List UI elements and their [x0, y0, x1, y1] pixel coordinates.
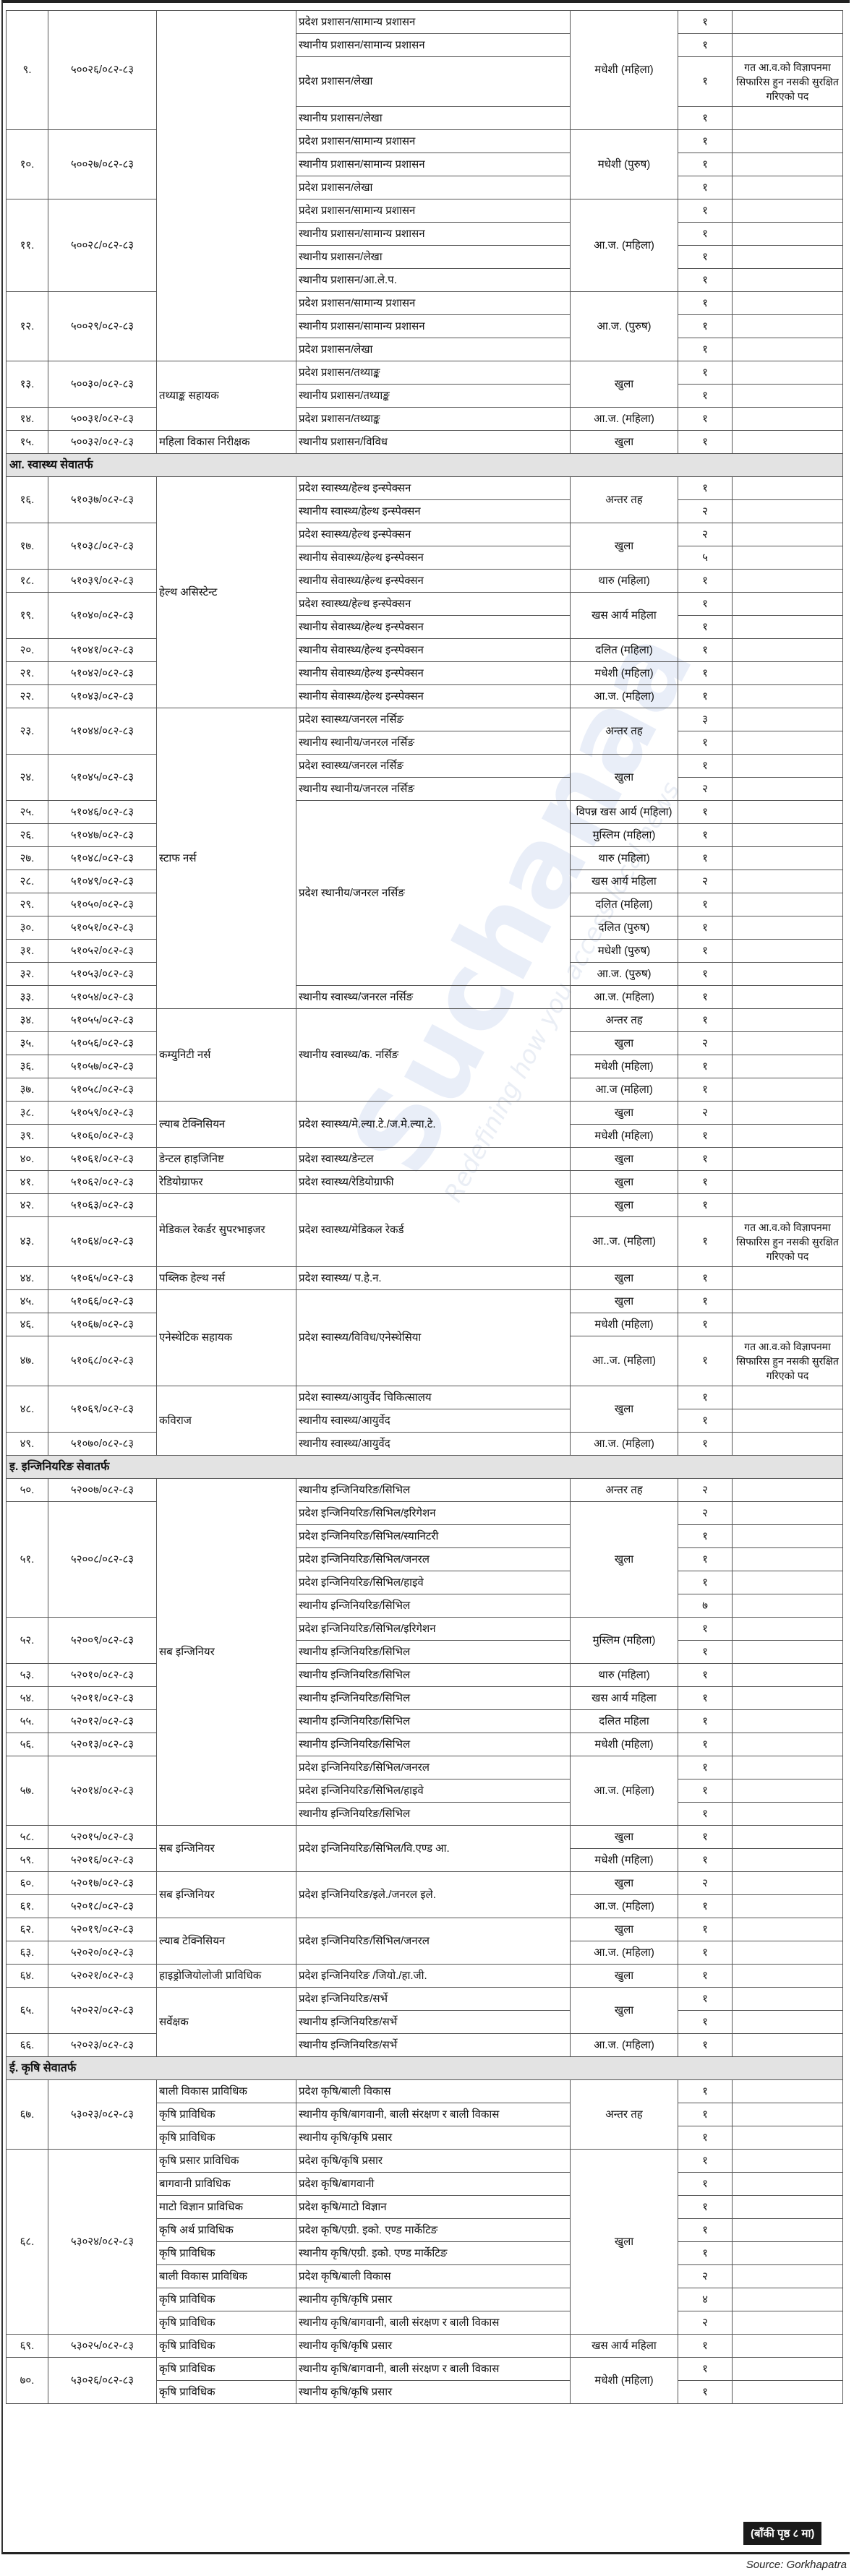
- vacancy-count: १: [678, 2034, 733, 2057]
- service-group: स्थानीय प्रशासन/सामान्य प्रशासन: [296, 315, 571, 338]
- vacancy-count: १: [678, 847, 733, 870]
- table-row: १०.५००२७/०८२-८३प्रदेश प्रशासन/सामान्य प्…: [7, 130, 843, 153]
- quota-category: आ.ज. (महिला): [571, 408, 678, 431]
- post-name: तथ्याङ्क सहायक: [157, 361, 296, 431]
- vacancy-count: १: [678, 57, 733, 107]
- vacancy-count: १: [678, 1290, 733, 1313]
- quota-category: खस आर्य महिला: [571, 2335, 678, 2358]
- vacancy-count: १: [678, 130, 733, 153]
- section-title: ई. कृषि सेवातर्फ: [7, 2057, 843, 2080]
- vacancy-count: १: [678, 2381, 733, 2404]
- serial-number: ३९.: [7, 1125, 48, 1148]
- service-group: स्थानीय इन्जिनियरिङ/सिभिल: [296, 1594, 571, 1618]
- remarks: [733, 1756, 843, 1779]
- vacancy-count: १: [678, 107, 733, 130]
- table-row: ४४.५१०६५/०८२-८३पब्लिक हेल्थ नर्सप्रदेश स…: [7, 1267, 843, 1290]
- table-row: १७.५१०३८/०८२-८३प्रदेश स्वास्थ्य/हेल्थ इन…: [7, 523, 843, 546]
- service-group: स्थानीय स्वास्थ्य/जनरल नर्सिङ: [296, 986, 571, 1009]
- table-row: ४९.५१०७०/०८२-८३स्थानीय स्वास्थ्य/आयुर्वे…: [7, 1433, 843, 1456]
- serial-number: २१.: [7, 662, 48, 685]
- serial-number: ६९.: [7, 2335, 48, 2358]
- service-group: प्रदेश इन्जिनियरिङ/सिभिल/जनरल: [296, 1756, 571, 1779]
- service-group: स्थानीय प्रशासन/तथ्याङ्क: [296, 385, 571, 408]
- post-name: कृषि प्राविधिक: [157, 2311, 296, 2335]
- serial-number: ६५.: [7, 1988, 48, 2034]
- service-group: स्थानीय स्वास्थ्य/हेल्थ इन्स्पेक्सन: [296, 500, 571, 523]
- vacancy-count: १: [678, 1433, 733, 1456]
- table-row: ७०.५३०२६/०८२-८३कृषि प्राविधिकस्थानीय कृष…: [7, 2358, 843, 2381]
- service-group: स्थानीय प्रशासन/विविध: [296, 431, 571, 454]
- vacancy-count: ३: [678, 708, 733, 731]
- post-name: कृषि प्राविधिक: [157, 2242, 296, 2265]
- service-group: स्थानीय इन्जिनियरिङ/सर्भे: [296, 2011, 571, 2034]
- advertisement-code: ५१०४६/०८२-८३: [48, 801, 157, 824]
- advertisement-code: ५१०४२/०८२-८३: [48, 662, 157, 685]
- table-row: २३.५१०४४/०८२-८३स्टाफ नर्सप्रदेश स्वास्थ्…: [7, 708, 843, 731]
- quota-category: खुला: [571, 1965, 678, 1988]
- remarks: [733, 731, 843, 755]
- vacancy-count: १: [678, 2080, 733, 2103]
- serial-number: ३२.: [7, 963, 48, 986]
- quota-category: मधेशी (महिला): [571, 1125, 678, 1148]
- serial-number: ६१.: [7, 1895, 48, 1918]
- quota-category: मधेशी (पुरुष): [571, 940, 678, 963]
- serial-number: ५१.: [7, 1502, 48, 1618]
- vacancy-count: १: [678, 2126, 733, 2150]
- quota-category: मधेशी (महिला): [571, 1733, 678, 1756]
- advertisement-code: ५२०१७/०८२-८३: [48, 1872, 157, 1895]
- service-group: स्थानीय स्थानीय/जनरल नर्सिङ: [296, 731, 571, 755]
- table-row: ६८.५३०२४/०८२-८३कृषि प्रसार प्राविधिकप्रद…: [7, 2150, 843, 2173]
- post-name: कृषि प्रसार प्राविधिक: [157, 2150, 296, 2173]
- continuation-note: (बाँकी पृष्ठ ८ मा): [743, 2522, 821, 2545]
- serial-number: ४७.: [7, 1336, 48, 1386]
- advertisement-code: ५१०६३/०८२-८३: [48, 1194, 157, 1217]
- quota-category: मधेशी (महिला): [571, 662, 678, 685]
- service-group: प्रदेश इन्जिनियरिङ/सिभिल/वि.एण्ड आ.: [296, 1826, 571, 1872]
- advertisement-code: ५३०२५/०८२-८३: [48, 2335, 157, 2358]
- post-name: सब इन्जिनियर: [157, 1479, 296, 1826]
- remarks: [733, 755, 843, 778]
- remarks: [733, 1313, 843, 1336]
- advertisement-code: ५१०४७/०८२-८३: [48, 824, 157, 847]
- advertisement-code: ५३०२६/०८२-८३: [48, 2358, 157, 2404]
- quota-category: खस आर्य महिला: [571, 870, 678, 893]
- service-group: प्रदेश स्थानीय/जनरल नर्सिङ: [296, 801, 571, 986]
- serial-number: २४.: [7, 755, 48, 801]
- serial-number: ३६.: [7, 1055, 48, 1078]
- remarks: [733, 361, 843, 385]
- table-row: ३४.५१०५५/०८२-८३कम्युनिटी नर्सस्थानीय स्व…: [7, 1009, 843, 1032]
- serial-number: ६२.: [7, 1918, 48, 1941]
- advertisement-code: ५२००९/०८२-८३: [48, 1618, 157, 1664]
- remarks: [733, 824, 843, 847]
- advertisement-code: ५२०१२/०८२-८३: [48, 1710, 157, 1733]
- service-group: स्थानीय प्रशासन/लेखा: [296, 246, 571, 269]
- quota-category: आ.ज. (पुरुष): [571, 292, 678, 361]
- vacancy-count: १: [678, 2242, 733, 2265]
- quota-category: अन्तर तह: [571, 708, 678, 755]
- serial-number: ५७.: [7, 1756, 48, 1826]
- remarks: [733, 1618, 843, 1641]
- remarks: [733, 1409, 843, 1433]
- remarks: [733, 1779, 843, 1803]
- serial-number: १७.: [7, 523, 48, 570]
- service-group: प्रदेश प्रशासन/लेखा: [296, 57, 571, 107]
- post-name: स्टाफ नर्स: [157, 708, 296, 1009]
- table-row: १९.५१०४०/०८२-८३प्रदेश स्वास्थ्य/हेल्थ इन…: [7, 593, 843, 616]
- table-row: ३८.५१०५९/०८२-८३ल्याब टेक्निसियनप्रदेश स्…: [7, 1102, 843, 1125]
- service-group: प्रदेश स्वास्थ्य/आयुर्वेद चिकित्सालय: [296, 1386, 571, 1409]
- remarks: [733, 176, 843, 199]
- remarks: [733, 338, 843, 361]
- remarks: [733, 1918, 843, 1941]
- post-name: सब इन्जिनियर: [157, 1826, 296, 1872]
- remarks: [733, 986, 843, 1009]
- quota-category: दलित (पुरुष): [571, 916, 678, 940]
- remarks: [733, 662, 843, 685]
- service-group: प्रदेश इन्जिनियरिङ/सिभिल/इरिगेशन: [296, 1502, 571, 1525]
- quota-category: आ..ज. (महिला): [571, 1217, 678, 1267]
- table-row: ६४.५२०२१/०८२-८३हाइड्रोजियोलोजी प्राविधिक…: [7, 1965, 843, 1988]
- advertisement-code: ५३०२३/०८२-८३: [48, 2080, 157, 2150]
- remarks: [733, 2034, 843, 2057]
- quota-category: खुला: [571, 1826, 678, 1849]
- post-name: ल्याब टेक्निसियन: [157, 1102, 296, 1148]
- service-group: प्रदेश स्वास्थ्य/डेन्टल: [296, 1148, 571, 1171]
- quota-category: खुला: [571, 361, 678, 408]
- vacancy-count: १: [678, 431, 733, 454]
- post-name: महिला विकास निरीक्षक: [157, 431, 296, 454]
- quota-category: मधेशी (पुरुष): [571, 130, 678, 199]
- service-group: प्रदेश इन्जिनियरिङ/सिभिल/इरिगेशन: [296, 1618, 571, 1641]
- service-group: प्रदेश प्रशासन/तथ्याङ्क: [296, 361, 571, 385]
- quota-category: खुला: [571, 1918, 678, 1941]
- remarks: [733, 1525, 843, 1548]
- post-name: बाली विकास प्राविधिक: [157, 2265, 296, 2288]
- vacancy-table: ९.५००२६/०८२-८३प्रदेश प्रशासन/सामान्य प्र…: [6, 10, 843, 2404]
- vacancy-count: ५: [678, 546, 733, 570]
- serial-number: ५२.: [7, 1618, 48, 1664]
- remarks: [733, 153, 843, 176]
- vacancy-count: २: [678, 778, 733, 801]
- vacancy-count: १: [678, 1148, 733, 1171]
- quota-category: आ.ज. (महिला): [571, 1756, 678, 1826]
- vacancy-count: १: [678, 1826, 733, 1849]
- service-group: प्रदेश इन्जिनियरिङ/सर्भे: [296, 1988, 571, 2011]
- remarks: [733, 1941, 843, 1965]
- service-group: स्थानीय सेवास्थ्य/हेल्थ इन्स्पेक्सन: [296, 685, 571, 708]
- serial-number: १५.: [7, 431, 48, 454]
- table-row: ५३.५२०१०/०८२-८३स्थानीय इन्जिनियरिङ/सिभिल…: [7, 1664, 843, 1687]
- vacancy-count: १: [678, 477, 733, 500]
- table-row: १४.५००३१/०८२-८३प्रदेश प्रशासन/तथ्याङ्कआ.…: [7, 408, 843, 431]
- vacancy-count: १: [678, 1386, 733, 1409]
- quota-category: मधेशी (महिला): [571, 11, 678, 130]
- serial-number: ४०.: [7, 1148, 48, 1171]
- advertisement-code: ५१०३७/०८२-८३: [48, 477, 157, 523]
- quota-category: खुला: [571, 1032, 678, 1055]
- quota-category: दलित (महिला): [571, 893, 678, 916]
- service-group: प्रदेश इन्जिनियरिङ/इले./जनरल इले.: [296, 1872, 571, 1918]
- advertisement-code: ५१०६४/०८२-८३: [48, 1217, 157, 1267]
- service-group: स्थानीय स्थानीय/जनरल नर्सिङ: [296, 778, 571, 801]
- quota-category: थारु (महिला): [571, 847, 678, 870]
- quota-category: खुला: [571, 755, 678, 801]
- post-name: कृषि प्राविधिक: [157, 2335, 296, 2358]
- service-group: प्रदेश कृषि/बाली विकास: [296, 2265, 571, 2288]
- service-group: स्थानीय इन्जिनियरिङ/सिभिल: [296, 1733, 571, 1756]
- remarks: [733, 893, 843, 916]
- service-group: स्थानीय कृषि/कृषि प्रसार: [296, 2288, 571, 2311]
- post-name: कृषि प्राविधिक: [157, 2126, 296, 2150]
- remarks: [733, 708, 843, 731]
- remarks: [733, 1502, 843, 1525]
- remarks: [733, 1102, 843, 1125]
- advertisement-code: ५२००७/०८२-८३: [48, 1479, 157, 1502]
- post-name: सर्वेक्षक: [157, 1988, 296, 2057]
- remarks: [733, 477, 843, 500]
- serial-number: ४८.: [7, 1386, 48, 1433]
- vacancy-count: १: [678, 1571, 733, 1594]
- remarks: [733, 1849, 843, 1872]
- vacancy-count: १: [678, 292, 733, 315]
- serial-number: ६६.: [7, 2034, 48, 2057]
- vacancy-count: २: [678, 1872, 733, 1895]
- remarks: [733, 1009, 843, 1032]
- table-row: २२.५१०४३/०८२-८३स्थानीय सेवास्थ्य/हेल्थ इ…: [7, 685, 843, 708]
- vacancy-count: २: [678, 2311, 733, 2335]
- remarks: [733, 616, 843, 639]
- advertisement-code: ५१०४०/०८२-८३: [48, 593, 157, 639]
- vacancy-count: १: [678, 1194, 733, 1217]
- vacancy-count: १: [678, 755, 733, 778]
- service-group: स्थानीय सेवास्थ्य/हेल्थ इन्स्पेक्सन: [296, 616, 571, 639]
- advertisement-code: ५१०५८/०८२-८३: [48, 1078, 157, 1102]
- advertisement-code: ५१०४८/०८२-८३: [48, 847, 157, 870]
- service-group: स्थानीय प्रशासन/सामान्य प्रशासन: [296, 223, 571, 246]
- quota-category: खुला: [571, 1872, 678, 1895]
- vacancy-count: २: [678, 2265, 733, 2288]
- advertisement-code: ५१०६५/०८२-८३: [48, 1267, 157, 1290]
- remarks: [733, 2335, 843, 2358]
- service-group: प्रदेश प्रशासन/लेखा: [296, 338, 571, 361]
- remarks: [733, 916, 843, 940]
- post-name: एनेस्थेटिक सहायक: [157, 1290, 296, 1386]
- post-name: मेडिकल रेकर्डर सुपरभाइजर: [157, 1194, 296, 1267]
- remarks: [733, 1386, 843, 1409]
- remarks: [733, 1733, 843, 1756]
- vacancy-count: २: [678, 1102, 733, 1125]
- remarks: [733, 1194, 843, 1217]
- remarks: [733, 1872, 843, 1895]
- vacancy-count: १: [678, 1941, 733, 1965]
- vacancy-count: १: [678, 1217, 733, 1267]
- remarks: [733, 1171, 843, 1194]
- vacancy-count: १: [678, 153, 733, 176]
- service-group: स्थानीय प्रशासन/लेखा: [296, 107, 571, 130]
- service-group: स्थानीय सेवास्थ्य/हेल्थ इन्स्पेक्सन: [296, 546, 571, 570]
- remarks: [733, 385, 843, 408]
- vacancy-count: १: [678, 1548, 733, 1571]
- serial-number: ७०.: [7, 2358, 48, 2404]
- vacancy-count: १: [678, 1733, 733, 1756]
- service-group: प्रदेश कृषि/कृषि प्रसार: [296, 2150, 571, 2173]
- remarks: [733, 1078, 843, 1102]
- table-row: ५५.५२०१२/०८२-८३स्थानीय इन्जिनियरिङ/सिभिल…: [7, 1710, 843, 1733]
- remarks: [733, 500, 843, 523]
- quota-category: आ.ज (महिला): [571, 1078, 678, 1102]
- quota-category: विपन्न खस आर्य (महिला): [571, 801, 678, 824]
- advertisement-code: ५१०६१/०८२-८३: [48, 1148, 157, 1171]
- remarks: [733, 199, 843, 223]
- service-group: प्रदेश प्रशासन/तथ्याङ्क: [296, 408, 571, 431]
- vacancy-count: १: [678, 2196, 733, 2219]
- serial-number: ४४.: [7, 1267, 48, 1290]
- post-name: बाली विकास प्राविधिक: [157, 2080, 296, 2103]
- service-group: प्रदेश कृषि/एग्री. इको. एण्ड मार्केटिङ: [296, 2219, 571, 2242]
- serial-number: २८.: [7, 870, 48, 893]
- remarks: [733, 1895, 843, 1918]
- table-row: ५०.५२००७/०८२-८३सब इन्जिनियरस्थानीय इन्जि…: [7, 1479, 843, 1502]
- service-group: स्थानीय इन्जिनियरिङ/सिभिल: [296, 1710, 571, 1733]
- vacancy-count: १: [678, 1641, 733, 1664]
- remarks: [733, 2288, 843, 2311]
- service-group: स्थानीय कृषि/कृषि प्रसार: [296, 2126, 571, 2150]
- vacancy-count: १: [678, 1313, 733, 1336]
- remarks: [733, 2381, 843, 2404]
- service-group: प्रदेश इन्जिनियरिङ/सिभिल/जनरल: [296, 1548, 571, 1571]
- service-group: प्रदेश स्वास्थ्य/मेडिकल रेकर्ड: [296, 1194, 571, 1267]
- vacancy-count: १: [678, 1779, 733, 1803]
- vacancy-count: १: [678, 1664, 733, 1687]
- table-row: ५७.५२०१४/०८२-८३प्रदेश इन्जिनियरिङ/सिभिल/…: [7, 1756, 843, 1779]
- serial-number: ३४.: [7, 1009, 48, 1032]
- service-group: प्रदेश इन्जिनियरिङ/सिभिल/स्यानिटरी: [296, 1525, 571, 1548]
- section-title: आ. स्वास्थ्य सेवातर्फ: [7, 454, 843, 477]
- advertisement-code: ५१०४३/०८२-८३: [48, 685, 157, 708]
- serial-number: ५८.: [7, 1826, 48, 1849]
- serial-number: ११.: [7, 199, 48, 292]
- table-row: ५८.५२०१५/०८२-८३सब इन्जिनियरप्रदेश इन्जिन…: [7, 1826, 843, 1849]
- table-row: २५.५१०४६/०८२-८३प्रदेश स्थानीय/जनरल नर्सि…: [7, 801, 843, 824]
- vacancy-count: १: [678, 315, 733, 338]
- quota-category: थारु (महिला): [571, 1664, 678, 1687]
- vacancy-count: १: [678, 685, 733, 708]
- vacancy-count: २: [678, 500, 733, 523]
- remarks: [733, 639, 843, 662]
- vacancy-count: १: [678, 2103, 733, 2126]
- table-row: २१.५१०४२/०८२-८३स्थानीय सेवास्थ्य/हेल्थ इ…: [7, 662, 843, 685]
- table-row: ६६.५२०२३/०८२-८३स्थानीय इन्जिनियरिङ/सर्भे…: [7, 2034, 843, 2057]
- service-group: स्थानीय स्वास्थ्य/क. नर्सिङ: [296, 1009, 571, 1102]
- serial-number: २३.: [7, 708, 48, 755]
- service-group: प्रदेश स्वास्थ्य/हेल्थ इन्स्पेक्सन: [296, 593, 571, 616]
- vacancy-count: १: [678, 1918, 733, 1941]
- advertisement-code: ५१०६२/०८२-८३: [48, 1171, 157, 1194]
- table-row: ६७.५३०२३/०८२-८३बाली विकास प्राविधिकप्रदे…: [7, 2080, 843, 2103]
- vacancy-count: १: [678, 1055, 733, 1078]
- remarks: [733, 685, 843, 708]
- table-row: ४०.५१०६१/०८२-८३डेन्टल हाइजिनिष्टप्रदेश स…: [7, 1148, 843, 1171]
- service-group: स्थानीय कृषि/कृषि प्रसार: [296, 2381, 571, 2404]
- remarks: [733, 1687, 843, 1710]
- vacancy-count: १: [678, 731, 733, 755]
- vacancy-count: १: [678, 1078, 733, 1102]
- table-row: १६.५१०३७/०८२-८३हेल्थ असिस्टेन्टप्रदेश स्…: [7, 477, 843, 500]
- table-row: १८.५१०३९/०८२-८३स्थानीय सेवास्थ्य/हेल्थ इ…: [7, 570, 843, 593]
- post-name: हेल्थ असिस्टेन्ट: [157, 477, 296, 708]
- serial-number: १८.: [7, 570, 48, 593]
- serial-number: ४१.: [7, 1171, 48, 1194]
- advertisement-code: ५२०२०/०८२-८३: [48, 1941, 157, 1965]
- remarks: [733, 1594, 843, 1618]
- section-title: इ. इन्जिनियरिङ सेवातर्फ: [7, 1456, 843, 1479]
- advertisement-code: ५१०६६/०८२-८३: [48, 1290, 157, 1313]
- vacancy-count: १: [678, 824, 733, 847]
- serial-number: १६.: [7, 477, 48, 523]
- remarks: [733, 269, 843, 292]
- service-group: स्थानीय स्वास्थ्य/आयुर्वेद: [296, 1433, 571, 1456]
- vacancy-count: १: [678, 11, 733, 34]
- quota-category: खुला: [571, 1988, 678, 2034]
- quota-category: अन्तर तह: [571, 477, 678, 523]
- quota-category: मुस्लिम (महिला): [571, 824, 678, 847]
- service-group: स्थानीय कृषि/बागवानी, बाली संरक्षण र बाल…: [296, 2311, 571, 2335]
- table-row: ४५.५१०६६/०८२-८३एनेस्थेटिक सहायकप्रदेश स्…: [7, 1290, 843, 1313]
- serial-number: ५६.: [7, 1733, 48, 1756]
- vacancy-count: १: [678, 2335, 733, 2358]
- quota-category: खुला: [571, 1194, 678, 1217]
- service-group: स्थानीय कृषि/एग्री. इको. एण्ड मार्केटिङ: [296, 2242, 571, 2265]
- vacancy-count: १: [678, 246, 733, 269]
- advertisement-code: ५००२६/०८२-८३: [48, 11, 157, 130]
- table-row: ९.५००२६/०८२-८३प्रदेश प्रशासन/सामान्य प्र…: [7, 11, 843, 34]
- service-group: प्रदेश स्वास्थ्य/ प.हे.न.: [296, 1267, 571, 1290]
- quota-category: खुला: [571, 523, 678, 570]
- vacancy-count: १: [678, 593, 733, 616]
- vacancy-count: २: [678, 1479, 733, 1502]
- vacancy-count: १: [678, 916, 733, 940]
- quota-category: खुला: [571, 1148, 678, 1171]
- service-group: स्थानीय इन्जिनियरिङ/सिभिल: [296, 1687, 571, 1710]
- remarks: [733, 1664, 843, 1687]
- vacancy-count: १: [678, 1525, 733, 1548]
- advertisement-code: ५१०७०/०८२-८३: [48, 1433, 157, 1456]
- post-name: कृषि प्राविधिक: [157, 2103, 296, 2126]
- section-header: इ. इन्जिनियरिङ सेवातर्फ: [7, 1456, 843, 1479]
- vacancy-count: १: [678, 2358, 733, 2381]
- table-row: ४१.५१०६२/०८२-८३रेडियोग्राफरप्रदेश स्वास्…: [7, 1171, 843, 1194]
- quota-category: दलित महिला: [571, 1710, 678, 1733]
- quota-category: आ.ज. (महिला): [571, 986, 678, 1009]
- remarks: गत आ.व.को विज्ञापनमा सिफारिस हुन नसकी सु…: [733, 57, 843, 107]
- vacancy-count: १: [678, 2150, 733, 2173]
- serial-number: ३८.: [7, 1102, 48, 1125]
- remarks: [733, 11, 843, 34]
- serial-number: ३७.: [7, 1078, 48, 1102]
- table-row: २४.५१०४५/०८२-८३प्रदेश स्वास्थ्य/जनरल नर्…: [7, 755, 843, 778]
- remarks: [733, 870, 843, 893]
- post-name: पब्लिक हेल्थ नर्स: [157, 1267, 296, 1290]
- table-row: ६९.५३०२५/०८२-८३कृषि प्राविधिकस्थानीय कृष…: [7, 2335, 843, 2358]
- quota-category: आ.ज. (पुरुष): [571, 963, 678, 986]
- remarks: [733, 570, 843, 593]
- advertisement-code: ५१०६९/०८२-८३: [48, 1386, 157, 1433]
- serial-number: ५३.: [7, 1664, 48, 1687]
- service-group: प्रदेश प्रशासन/सामान्य प्रशासन: [296, 11, 571, 34]
- remarks: [733, 2219, 843, 2242]
